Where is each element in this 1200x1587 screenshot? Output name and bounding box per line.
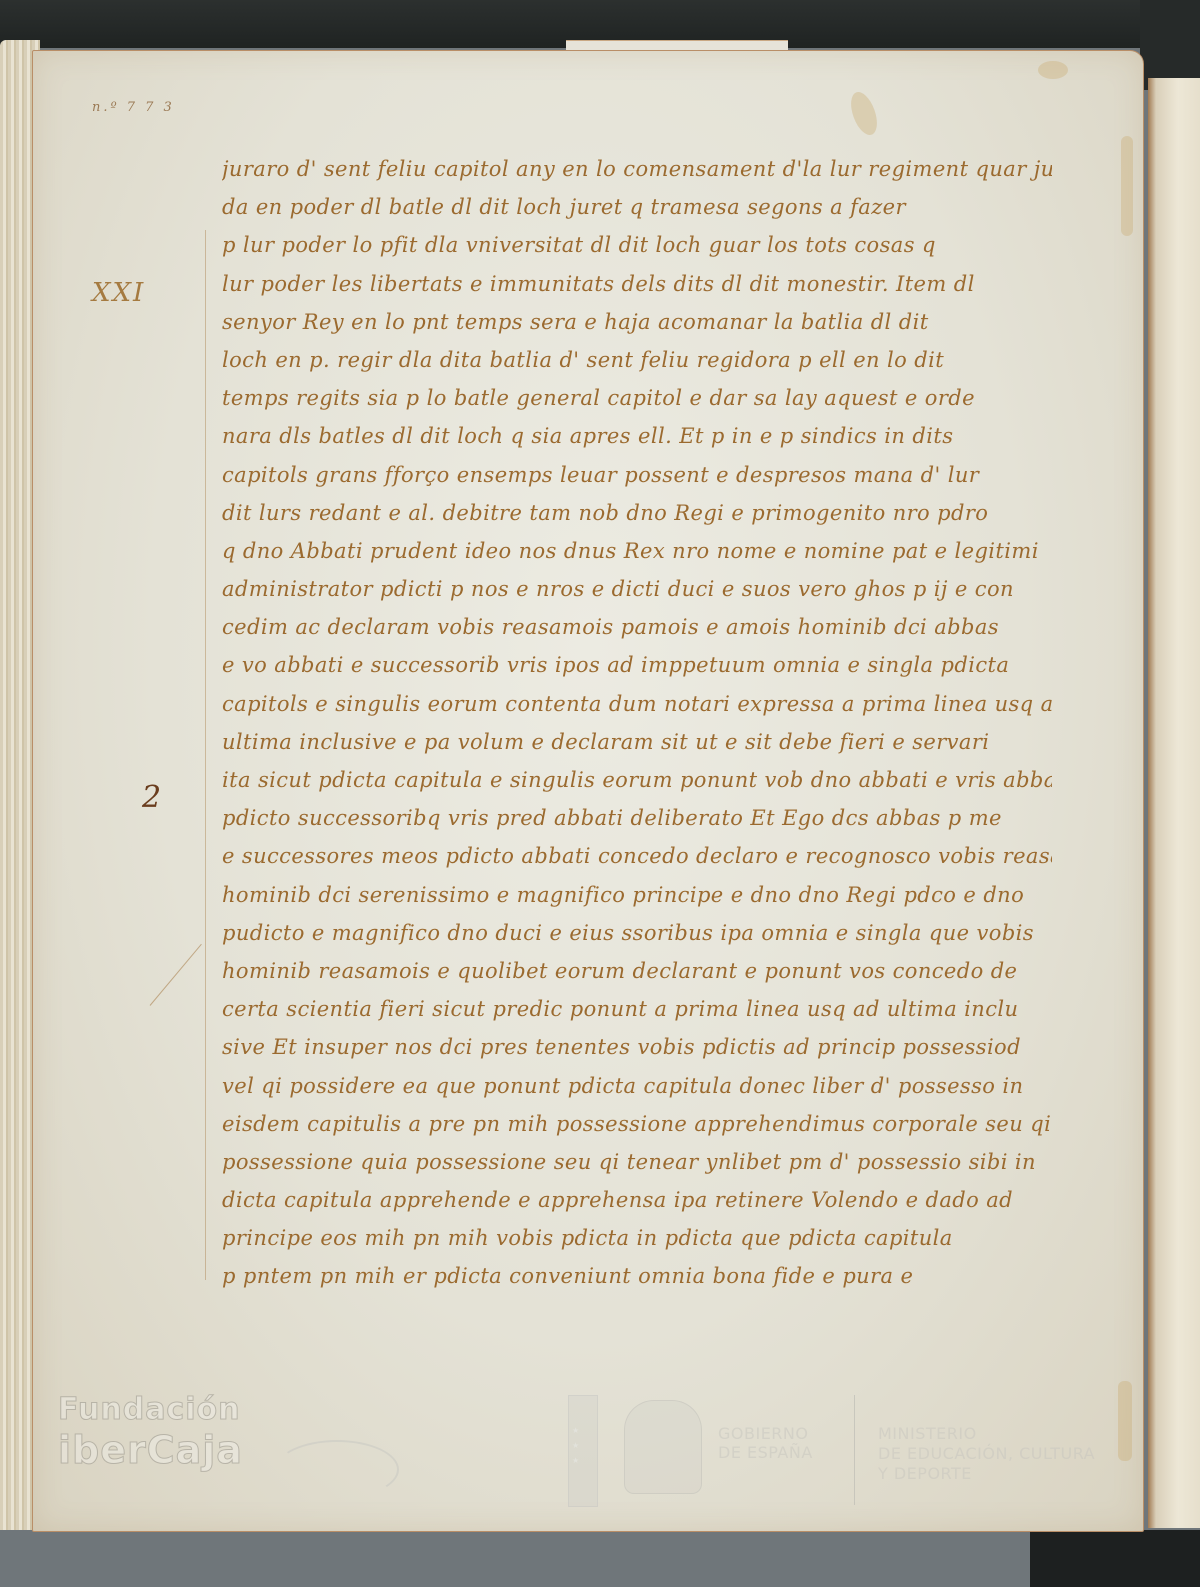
watermark-ministerio: MINISTERIO DE EDUCACIÓN, CULTURA Y DEPOR… [878, 1424, 1095, 1484]
spain-flag-stripe-icon: ★★★ [568, 1395, 598, 1507]
watermark-ministerio-line1: MINISTERIO [878, 1424, 1095, 1444]
text-line: q dno Abbati prudent ideo nos dnus Rex n… [222, 532, 1052, 570]
stain [1121, 136, 1133, 236]
margin-note-marker: 2 [142, 780, 161, 815]
text-line: capitols grans fforço ensemps leuar poss… [222, 456, 1052, 494]
text-line: eisdem capitulis a pre pn mih possession… [222, 1105, 1052, 1143]
adjacent-page-edge [1148, 78, 1200, 1528]
text-line: certa scientia fieri sicut predic ponunt… [222, 990, 1052, 1028]
text-line: nara dls batles dl dit loch q sia apres … [222, 417, 1052, 455]
text-line: e successores meos pdicto abbati concedo… [222, 837, 1052, 875]
folio-number: n.º 7 7 3 [92, 100, 175, 115]
binding-background-corner [1140, 0, 1200, 90]
binding-background-bottom [1030, 1530, 1200, 1587]
text-line: p lur poder lo pfit dla vniversitat dl d… [222, 226, 1052, 264]
text-line: cedim ac declaram vobis reasamois pamois… [222, 608, 1052, 646]
text-line: dit lurs redant e al. debitre tam nob dn… [222, 494, 1052, 532]
stain [1038, 61, 1068, 79]
text-line: juraro d' sent feliu capitol any en lo c… [222, 150, 1052, 188]
margin-note-roman-numeral: XXI [92, 278, 145, 308]
text-line: pdicto successoribq vris pred abbati del… [222, 799, 1052, 837]
watermark-gobierno-line1: GOBIERNO [718, 1424, 813, 1443]
text-line: p pntem pn mih er pdicta conveniunt omni… [222, 1257, 1052, 1295]
watermark-gobierno-line2: DE ESPAÑA [718, 1443, 813, 1462]
text-line: senyor Rey en lo pnt temps sera e haja a… [222, 303, 1052, 341]
text-line: lur poder les libertats e immunitats del… [222, 265, 1052, 303]
margin-ruling-line [205, 230, 206, 1280]
ibercaja-logo-icon [275, 1440, 399, 1499]
text-line: pudicto e magnifico dno duci e eius ssor… [222, 914, 1052, 952]
stain [1118, 1381, 1132, 1461]
watermark-fundacion: Fundación [58, 1392, 240, 1428]
stain [846, 89, 882, 139]
text-line: sive Et insuper nos dci pres tenentes vo… [222, 1028, 1052, 1066]
watermark-ministerio-line2: DE EDUCACIÓN, CULTURA [878, 1444, 1095, 1464]
text-line: ultima inclusive e pa volum e declaram s… [222, 723, 1052, 761]
text-line: hominib reasamois e quolibet eorum decla… [222, 952, 1052, 990]
text-line: possessione quia possessione seu qi tene… [222, 1143, 1052, 1181]
text-line: loch en p. regir dla dita batlia d' sent… [222, 341, 1052, 379]
watermark-divider [854, 1395, 855, 1505]
text-line: vel qi possidere ea que ponunt pdicta ca… [222, 1067, 1052, 1105]
manuscript-text-block: juraro d' sent feliu capitol any en lo c… [222, 150, 1052, 1296]
text-line: e vo abbati e successorib vris ipos ad i… [222, 646, 1052, 684]
watermark-ibercaja: iberCaja [58, 1430, 243, 1470]
text-line: administrator pdicti p nos e nros e dict… [222, 570, 1052, 608]
text-line: principe eos mih pn mih vobis pdicta in … [222, 1219, 1052, 1257]
coat-of-arms-icon [624, 1400, 702, 1494]
text-line: dicta capitula apprehende e apprehensa i… [222, 1181, 1052, 1219]
text-line: capitols e singulis eorum contenta dum n… [222, 685, 1052, 723]
text-line: hominib dci serenissimo e magnifico prin… [222, 876, 1052, 914]
text-line: ita sicut pdicta capitula e singulis eor… [222, 761, 1052, 799]
text-line: da en poder dl batle dl dit loch juret q… [222, 188, 1052, 226]
watermark-gobierno: GOBIERNO DE ESPAÑA [718, 1424, 813, 1462]
text-line: temps regits sia p lo batle general capi… [222, 379, 1052, 417]
watermark-ministerio-line3: Y DEPORTE [878, 1464, 1095, 1484]
